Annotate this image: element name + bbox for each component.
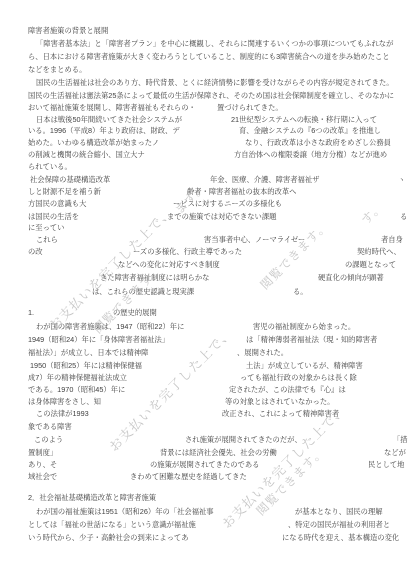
text-fragment: は、これらの歴史認識と現実課 <box>92 287 194 297</box>
text-fragment: 害児の福祉制度から始まった。 <box>253 322 355 332</box>
text-fragment: 等の対象とはされていなかった。 <box>225 397 334 407</box>
text-fragment: 「措 <box>393 435 408 445</box>
text-fragment: ら、日本における障害者施策が大きく変わろうとしていること、制度的にも3障害統合へ… <box>28 52 390 62</box>
text-fragment: は「精神薄弱者福祉法（現・知的障害者 <box>246 335 377 345</box>
text-fragment: 国民の生活福祉は憲法第25条によって最低の生活が保障され、そのため国は社会保障制… <box>28 91 394 101</box>
text-fragment: わが国の障害者施策は、1947（昭和22）年に <box>36 322 184 332</box>
text-fragment: 始めた。いわゆる構造改革が始まったノ <box>28 138 159 148</box>
text-fragment: などへの変化に対応すべき制度 <box>118 260 220 270</box>
text-fragment: 1. <box>28 308 34 318</box>
text-fragment: の削減と機関の統合縮小、国立大ナ <box>28 150 145 160</box>
text-fragment: が基本となり、国民の理解 <box>295 507 383 517</box>
text-fragment: 、特定の国民が福祉の利用者と <box>288 520 390 530</box>
text-fragment: このよう <box>34 435 63 445</box>
text-fragment: 、展開された。 <box>237 348 288 358</box>
text-fragment: 改正され、これによって精神障害者 <box>222 409 339 419</box>
text-fragment: などが <box>384 448 406 458</box>
text-fragment: としては「福祉の世話になる」という意識が福祉施 <box>28 520 196 530</box>
text-fragment: の課題となって <box>345 260 396 270</box>
text-fragment: ヽ <box>398 175 405 185</box>
text-fragment: 定されたが、この法律でも『心』は <box>229 385 346 395</box>
text-fragment: 契約時代へ、 <box>357 247 401 257</box>
text-fragment: 成7）年の精神保健福祉法成立 <box>28 373 127 383</box>
text-fragment: 方自治体への権限委譲（地方分権）などが進め <box>234 150 387 160</box>
text-fragment: きわめて困難な歴史を経過してきた <box>130 472 247 482</box>
document-page: 障害者施策の背景と展開「障害者基本法」と「障害者プラン」を中心に概観し、それらに… <box>0 0 410 580</box>
text-fragment: ービスに対するニーズの多様化も <box>173 199 282 209</box>
text-fragment: これら <box>36 235 58 245</box>
text-fragment: 域社会で <box>28 472 57 482</box>
text-fragment: 民として地 <box>368 460 404 470</box>
text-fragment: 方国民の意識も大 <box>28 199 86 209</box>
text-fragment: いう時代から、少子・高齢社会の到来によってあ <box>28 533 189 543</box>
text-fragment: に至ってい <box>28 223 64 233</box>
text-fragment: られている。 <box>28 162 72 172</box>
text-fragment: 1949（昭和24）年に「身体障害者福祉法」 <box>28 335 169 345</box>
text-fragment: 齢者・障害者福祉の抜本的改革へ <box>187 187 296 197</box>
text-fragment: っても福祉行政の対象からは長く除 <box>240 373 357 383</box>
text-fragment: 2．社会福祉基礎構造改革と障害者施策 <box>28 493 156 503</box>
text-fragment: ーズの多様化、行政主導であった <box>133 247 242 257</box>
text-fragment: おいて福祉施策を展開し、障害者福祉もそれらの・ <box>28 103 196 113</box>
text-fragment: わが国の福祉施策は1951（昭和26）年の「社会福祉事 <box>36 507 214 517</box>
text-fragment: あり、そ <box>28 460 57 470</box>
text-fragment: 福祉法）」が成立し、日本では精神障 <box>28 348 148 358</box>
text-fragment: 硬直化の傾向が顕著 <box>318 273 384 283</box>
text-fragment: きた障害者福祉制度には明らかな <box>100 273 209 283</box>
text-fragment: 国民の生活福祉は社会のあり方、時代背景、とくに経済情勢に影響を受けながらその内容… <box>36 78 394 88</box>
text-fragment: である。1970（昭和45）年に <box>28 385 125 395</box>
text-fragment: 21世紀型システムへの転換・移行期に入って <box>231 115 377 125</box>
text-fragment: 育、金融システムの『6つの改革』を推進し <box>239 126 381 136</box>
text-fragment: 社会保障の基礎構造改革 <box>30 175 110 185</box>
text-fragment: 害当事者中心、ノーマライゼー <box>204 235 305 245</box>
text-fragment: 年金、医療、介護、障害者福祉ザ <box>210 175 319 185</box>
text-fragment: までの施策では対応できない課題 <box>167 212 276 222</box>
text-fragment: しと財源不足を補う新 <box>28 187 101 197</box>
text-fragment: の施策が展開されてきたのである <box>150 460 259 470</box>
watermark-text: す。 <box>357 198 387 228</box>
text-fragment: 土法」が成立しているが、精神障害 <box>246 361 363 371</box>
text-fragment: の改 <box>28 247 43 257</box>
text-fragment: は国民の生活を <box>28 212 79 222</box>
text-fragment: この法律が1993 <box>36 409 89 419</box>
text-fragment: 「障害者基本法」と「障害者プラン」を中心に概観し、それらに関連するいくつかの事項… <box>36 39 393 49</box>
text-fragment: され施策が展開されてきたのだが、 <box>185 435 302 445</box>
text-fragment: 障害者施策の背景と展開 <box>28 26 108 36</box>
text-fragment: 1950（昭和25）年には精神保健福 <box>30 361 142 371</box>
text-fragment: は身体障害をさし、知 <box>28 397 101 407</box>
text-fragment: 背景には経済社会優先、社会の労働 <box>160 448 277 458</box>
text-fragment: 置制度」 <box>28 448 57 458</box>
text-fragment: の歴史的展開 <box>113 308 157 318</box>
text-fragment: 象である障害 <box>28 422 72 432</box>
text-fragment: る <box>400 212 407 222</box>
text-fragment: になる時代を迎え、基本構造の変化 <box>282 533 399 543</box>
text-fragment: 日本は戦後50年間続いてきた社会システムが <box>36 115 182 125</box>
text-fragment: なり、行政改革は小さな政府をめざし公務員 <box>245 138 391 148</box>
text-fragment: 置づけられてきた。 <box>217 103 283 113</box>
text-fragment: いる。1996（平成8）年より政府は、財政、デ <box>28 126 180 136</box>
text-fragment: る。 <box>293 287 308 297</box>
text-fragment: 者自身 <box>381 235 403 245</box>
text-fragment: などをまとめる。 <box>28 65 86 75</box>
